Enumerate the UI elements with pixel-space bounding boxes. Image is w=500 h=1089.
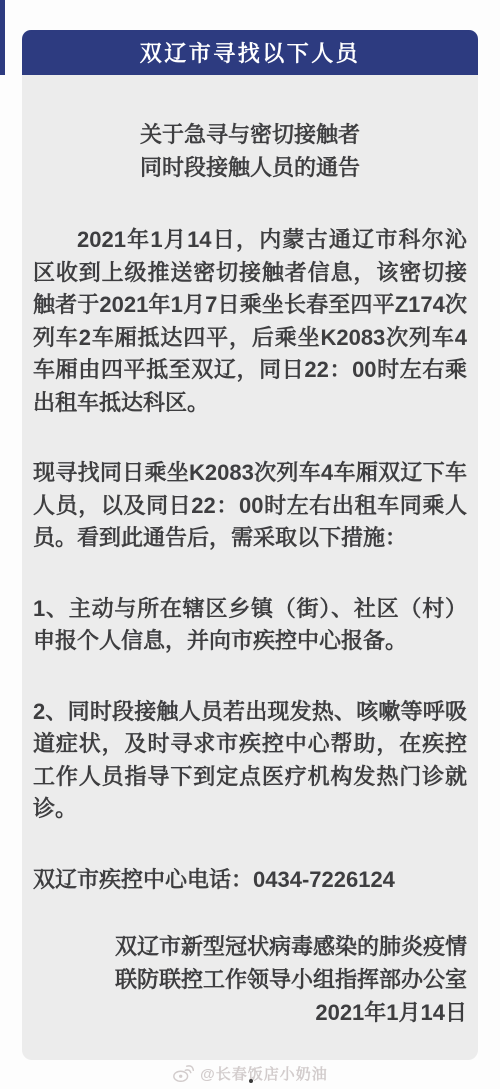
signature-org-line1: 双辽市新型冠状病毒感染的肺炎疫情 <box>33 930 467 963</box>
signature-date: 2021年1月14日 <box>33 996 467 1029</box>
notice-paragraph-1: 2021年1月14日，内蒙古通辽市科尔沁区收到上级推送密切接触者信息，该密切接触… <box>33 224 467 419</box>
notice-card: 双辽市寻找以下人员 关于急寻与密切接触者 同时段接触人员的通告 2021年1月1… <box>22 30 478 1060</box>
notice-title-line2: 同时段接触人员的通告 <box>33 152 467 185</box>
signature-block: 双辽市新型冠状病毒感染的肺炎疫情 联防联控工作领导小组指挥部办公室 2021年1… <box>33 930 467 1029</box>
signature-org-line2: 联防联控工作领导小组指挥部办公室 <box>33 963 467 996</box>
notice-header-bar: 双辽市寻找以下人员 <box>22 30 478 75</box>
notice-header-title: 双辽市寻找以下人员 <box>140 37 361 68</box>
watermark-handle: @长春饭店小奶油 <box>200 1063 328 1084</box>
notice-title-line1: 关于急寻与密切接触者 <box>33 119 467 152</box>
notice-measure-item-1: 1、主动与所在辖区乡镇（街）、社区（村）申报个人信息，并向市疾控中心报备。 <box>33 593 467 658</box>
left-edge-artifact <box>0 0 5 75</box>
notice-paragraph-2: 现寻找同日乘坐K2083次列车4车厢双辽下车人员，以及同日22：00时左右出租车… <box>33 457 467 555</box>
cdc-phone-line: 双辽市疾控中心电话：0434-7226124 <box>33 864 467 897</box>
notice-body: 关于急寻与密切接触者 同时段接触人员的通告 2021年1月14日，内蒙古通辽市科… <box>22 75 478 1060</box>
notice-page: { "colors": { "accent_blue": "#2d3b80", … <box>0 0 500 1089</box>
notice-measure-item-2: 2、同时段接触人员若出现发热、咳嗽等呼吸道症状，及时寻求市疾控中心帮助，在疾控工… <box>33 696 467 826</box>
notice-title: 关于急寻与密切接触者 同时段接触人员的通告 <box>33 119 467 184</box>
dust-speck-artifact <box>249 1079 253 1083</box>
weibo-icon <box>172 1064 194 1083</box>
